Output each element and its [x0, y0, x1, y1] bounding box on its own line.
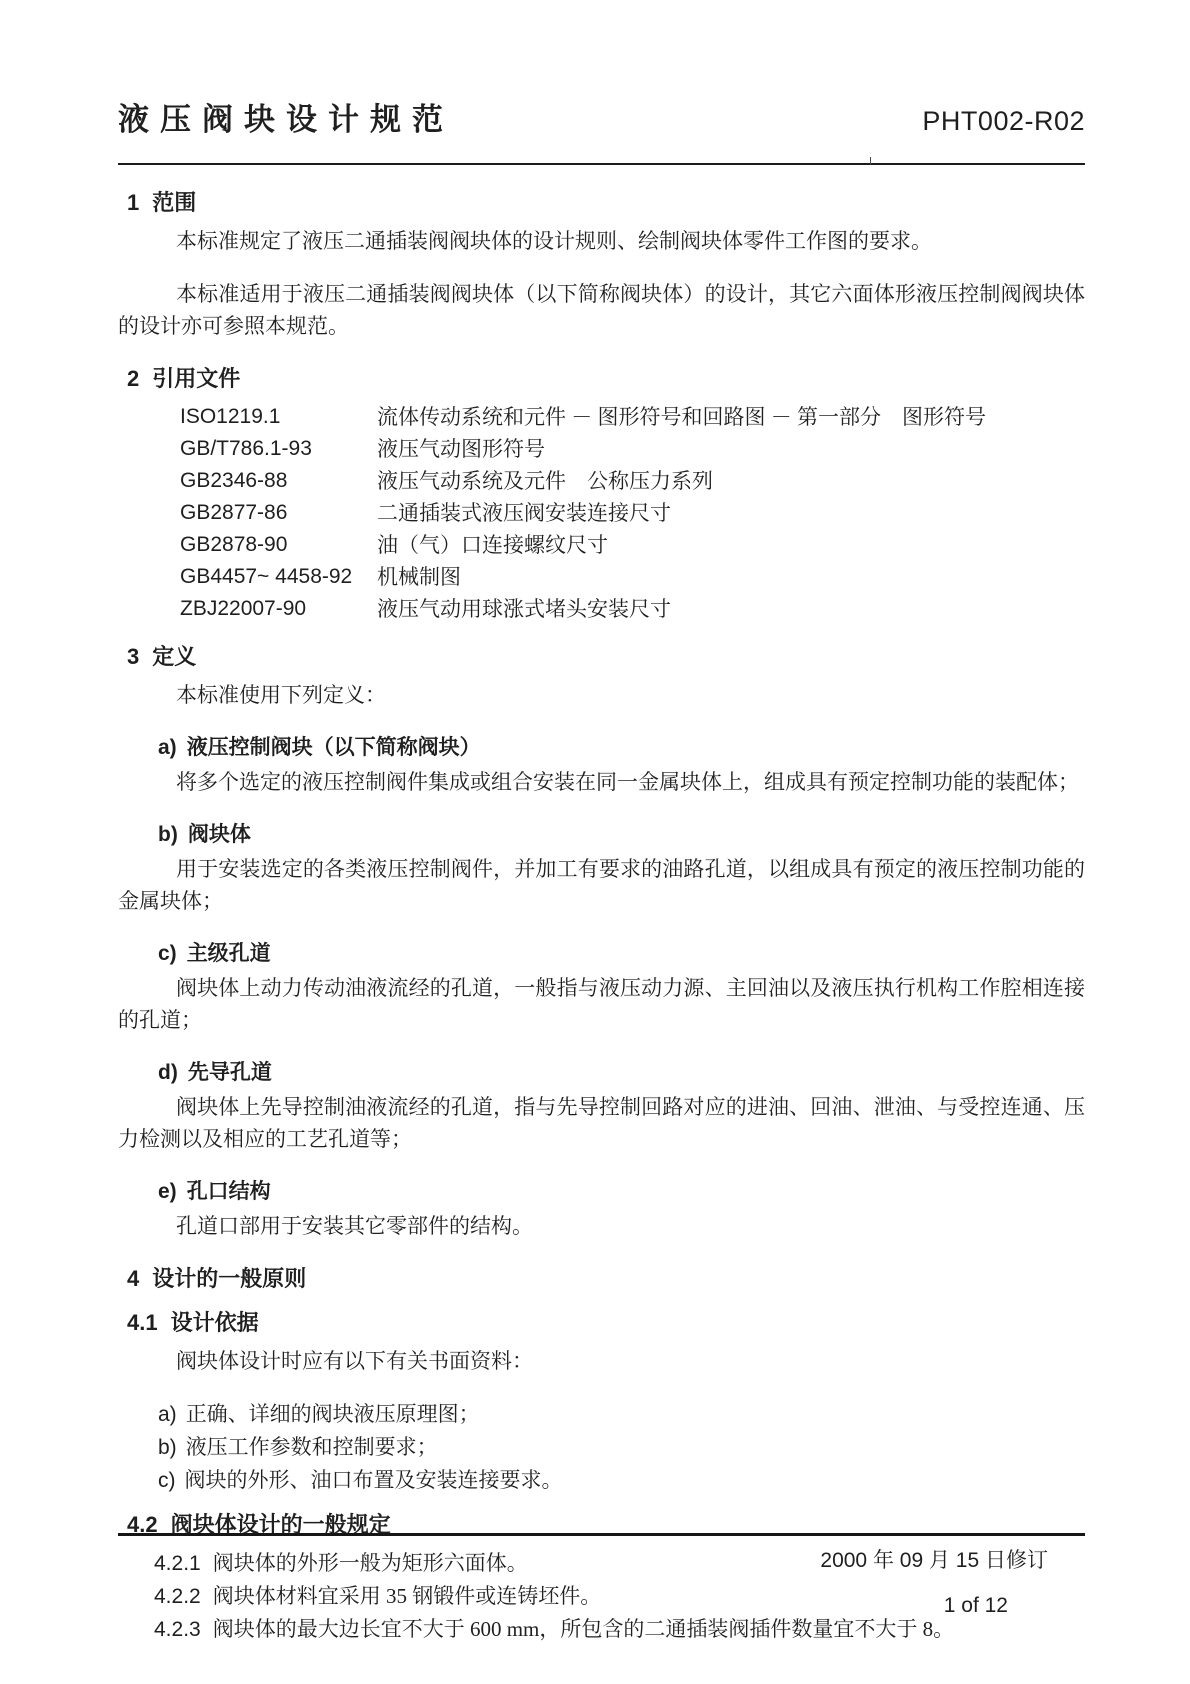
list-item-text: 阀块的外形、油口布置及安装连接要求。	[185, 1468, 563, 1492]
section-3-title: 定义	[152, 641, 196, 673]
list-item-letter: c)	[158, 1469, 176, 1492]
reference-title: 油（气）口连接螺纹尺寸	[377, 529, 608, 561]
definition-letter: d)	[158, 1061, 178, 1084]
section-2-heading: 2 引用文件	[118, 363, 1085, 395]
definition-body: 用于安装选定的各类液压控制阀件，并加工有要求的油路孔道，以组成具有预定的液压控制…	[118, 853, 1085, 917]
reference-row: GB2877-86 二通插装式液压阀安装连接尺寸	[118, 497, 1085, 529]
reference-code: GB/T786.1-93	[180, 433, 377, 465]
document-header: 液压阀块设计规范 PHT002-R02	[118, 100, 1085, 139]
header-rule	[118, 163, 1085, 165]
document-content: 液压阀块设计规范 PHT002-R02 1 范围 本标准规定了液压二通插装阀阀块…	[0, 100, 1190, 1646]
reference-code: GB2878-90	[180, 529, 377, 561]
reference-title: 流体传动系统和元件 － 图形符号和回路图 － 第一部分 图形符号	[377, 401, 986, 433]
reference-code: GB2346-88	[180, 465, 377, 497]
definition-letter: e)	[158, 1180, 177, 1203]
reference-title: 液压气动图形符号	[377, 433, 545, 465]
document-number: PHT002-R02	[922, 106, 1085, 137]
reference-code: GB2877-86	[180, 497, 377, 529]
section-4-1-number: 4.1	[127, 1307, 158, 1339]
list-item: a)正确、详细的阀块液压原理图；	[118, 1398, 1085, 1431]
reference-title: 二通插装式液压阀安装连接尺寸	[377, 497, 671, 529]
document-footer: 2000 年 09 月 15 日修订 1 of 12	[118, 1533, 1085, 1622]
reference-list: ISO1219.1 流体传动系统和元件 － 图形符号和回路图 － 第一部分 图形…	[118, 401, 1085, 625]
definition-term: c)主级孔道	[118, 938, 1085, 970]
reference-code: ZBJ22007-90	[180, 593, 377, 625]
reference-row: GB4457~ 4458-92 机械制图	[118, 561, 1085, 593]
definition-letter: b)	[158, 823, 178, 846]
section-1-paragraph: 本标准规定了液压二通插装阀阀块体的设计规则、绘制阀块体零件工作图的要求。	[118, 225, 1085, 257]
definition-name: 液压控制阀块（以下简称阀块）	[187, 736, 481, 759]
reference-title: 液压气动用球涨式堵头安装尺寸	[377, 593, 671, 625]
list-item: b)液压工作参数和控制要求；	[118, 1431, 1085, 1464]
section-4-1-intro: 阀块体设计时应有以下有关书面资料：	[118, 1345, 1085, 1377]
document-page: 液压阀块设计规范 PHT002-R02 1 范围 本标准规定了液压二通插装阀阀块…	[0, 0, 1190, 1684]
definition-body: 阀块体上动力传动油液流经的孔道，一般指与液压动力源、主回油以及液压执行机构工作腔…	[118, 972, 1085, 1036]
list-item-text: 液压工作参数和控制要求；	[186, 1435, 438, 1459]
definition-letter: a)	[158, 736, 177, 759]
section-1-title: 范围	[152, 187, 196, 219]
list-item-letter: b)	[158, 1436, 177, 1459]
section-4-heading: 4 设计的一般原则	[118, 1263, 1085, 1295]
definition-body: 阀块体上先导控制油液流经的孔道，指与先导控制回路对应的进油、回油、泄油、与受控连…	[118, 1091, 1085, 1155]
reference-row: ISO1219.1 流体传动系统和元件 － 图形符号和回路图 － 第一部分 图形…	[118, 401, 1085, 433]
footer-rule	[118, 1533, 1085, 1536]
list-item-text: 正确、详细的阀块液压原理图；	[186, 1402, 480, 1426]
definition-name: 阀块体	[188, 823, 251, 846]
reference-row: GB2346-88 液压气动系统及元件 公称压力系列	[118, 465, 1085, 497]
reference-row: GB2878-90 油（气）口连接螺纹尺寸	[118, 529, 1085, 561]
definition-body: 孔道口部用于安装其它零部件的结构。	[118, 1210, 1085, 1242]
reference-code: ISO1219.1	[180, 401, 377, 433]
reference-row: GB/T786.1-93 液压气动图形符号	[118, 433, 1085, 465]
section-1-paragraph: 本标准适用于液压二通插装阀阀块体（以下简称阀块体）的设计，其它六面体形液压控制阀…	[118, 278, 1085, 342]
section-2-title: 引用文件	[152, 363, 240, 395]
rule-tick-mark	[870, 157, 871, 165]
definition-term: a)液压控制阀块（以下简称阀块）	[118, 732, 1085, 764]
page-number: 1 of 12	[118, 1590, 1085, 1622]
list-item: c)阀块的外形、油口布置及安装连接要求。	[118, 1464, 1085, 1497]
definition-name: 主级孔道	[187, 942, 271, 965]
revision-date: 2000 年 09 月 15 日修订	[118, 1545, 1085, 1577]
definition-term: d)先导孔道	[118, 1057, 1085, 1089]
document-title: 液压阀块设计规范	[118, 100, 454, 139]
section-4-1-list: a)正确、详细的阀块液压原理图； b)液压工作参数和控制要求； c)阀块的外形、…	[118, 1398, 1085, 1497]
section-1-heading: 1 范围	[118, 187, 1085, 219]
list-item-letter: a)	[158, 1403, 177, 1426]
section-4-number: 4	[127, 1263, 139, 1295]
reference-title: 机械制图	[377, 561, 461, 593]
section-4-1-heading: 4.1 设计依据	[118, 1307, 1085, 1339]
section-1-number: 1	[127, 187, 139, 219]
reference-title: 液压气动系统及元件 公称压力系列	[377, 465, 713, 497]
definition-body: 将多个选定的液压控制阀件集成或组合安装在同一金属块体上，组成具有预定控制功能的装…	[118, 766, 1085, 798]
definition-name: 先导孔道	[188, 1061, 272, 1084]
section-3-intro: 本标准使用下列定义：	[118, 679, 1085, 711]
definition-letter: c)	[158, 942, 177, 965]
reference-row: ZBJ22007-90 液压气动用球涨式堵头安装尺寸	[118, 593, 1085, 625]
section-2-number: 2	[127, 363, 139, 395]
section-3-heading: 3 定义	[118, 641, 1085, 673]
definition-name: 孔口结构	[187, 1180, 271, 1203]
section-4-title: 设计的一般原则	[152, 1263, 306, 1295]
definition-term: b)阀块体	[118, 819, 1085, 851]
reference-code: GB4457~ 4458-92	[180, 561, 377, 593]
definition-term: e)孔口结构	[118, 1176, 1085, 1208]
section-4-1-title: 设计依据	[171, 1307, 259, 1339]
section-3-number: 3	[127, 641, 139, 673]
